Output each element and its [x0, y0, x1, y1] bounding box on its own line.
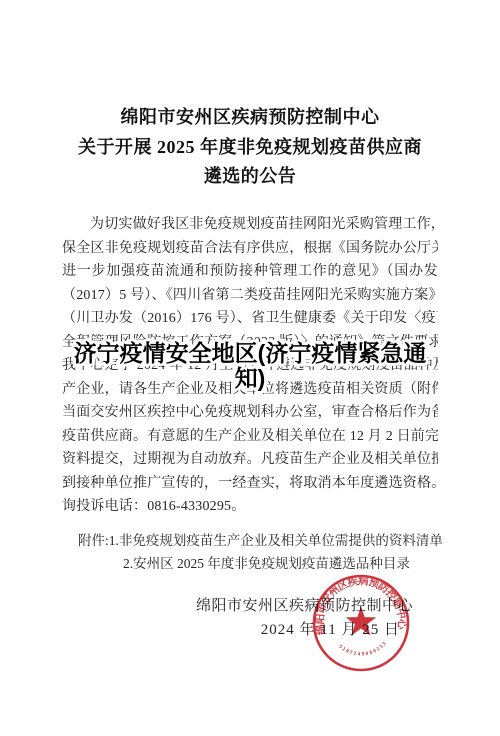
overlay-headline: 济宁疫情安全地区(济宁疫情紧急通 知) — [0, 341, 500, 391]
body-line: 资料提交，过期视为自动放弃。凡疫苗生产企业及相关单位擅自 — [62, 448, 438, 472]
announcement-page: 绵阳市安州区疾病预防控制中心 关于开展 2025 年度非免疫规划疫苗供应商 遴选… — [0, 0, 500, 736]
body-line: 疫苗供应商。有意愿的生产企业及相关单位在 12 月 2 日前完成 — [62, 425, 438, 449]
title-line-1: 绵阳市安州区疾病预防控制中心 — [0, 103, 500, 133]
seal-star-icon — [346, 606, 377, 635]
attachment-line-1: 附件:1.非免疫规划疫苗生产企业及相关单位需提供的资料清单 — [78, 529, 443, 549]
body-line: （2017）5 号）、《四川省第二类疫苗挂网阳光采购实施方案》 — [62, 284, 438, 308]
body-line: 当面交安州区疾控中心免疫规划科办公室，审查合格后作为备选 — [62, 401, 438, 425]
overlay-headline-line-2: 知) — [0, 366, 500, 391]
title-line-2: 关于开展 2025 年度非免疫规划疫苗供应商 — [0, 133, 500, 163]
overlay-headline-line-1: 济宁疫情安全地区(济宁疫情紧急通 — [0, 341, 500, 366]
seal-serial-number: 5107249080233 — [337, 640, 388, 657]
official-seal: 绵阳市安州区疾病预防控制中心 5107249080233 — [311, 573, 411, 673]
title-line-3: 遴选的公告 — [0, 162, 500, 192]
body-line: 询投诉电话：0816-4330295。 — [62, 495, 438, 519]
body-line: 进一步加强疫苗流通和预防接种管理工作的意见》（国办发 — [62, 260, 438, 284]
svg-text:5107249080233: 5107249080233 — [337, 640, 388, 657]
body-line: 到接种单位推广宣传的，一经查实，将取消本年度遴选资格。咨 — [62, 472, 438, 496]
body-line: （川卫办发（2016）176 号）、省卫生健康委《关于印发〈疫苗 — [62, 307, 438, 331]
document-title: 绵阳市安州区疾病预防控制中心 关于开展 2025 年度非免疫规划疫苗供应商 遴选… — [0, 103, 500, 192]
body-line: 保全区非免疫规划疫苗合法有序供应，根据《国务院办公厅关于 — [62, 237, 438, 261]
body-line: 为切实做好我区非免疫规划疫苗挂网阳光采购管理工作，确 — [62, 213, 438, 237]
attachment-line-2: 2.安州区 2025 年度非免疫规划疫苗遴选品种目录 — [123, 552, 410, 572]
